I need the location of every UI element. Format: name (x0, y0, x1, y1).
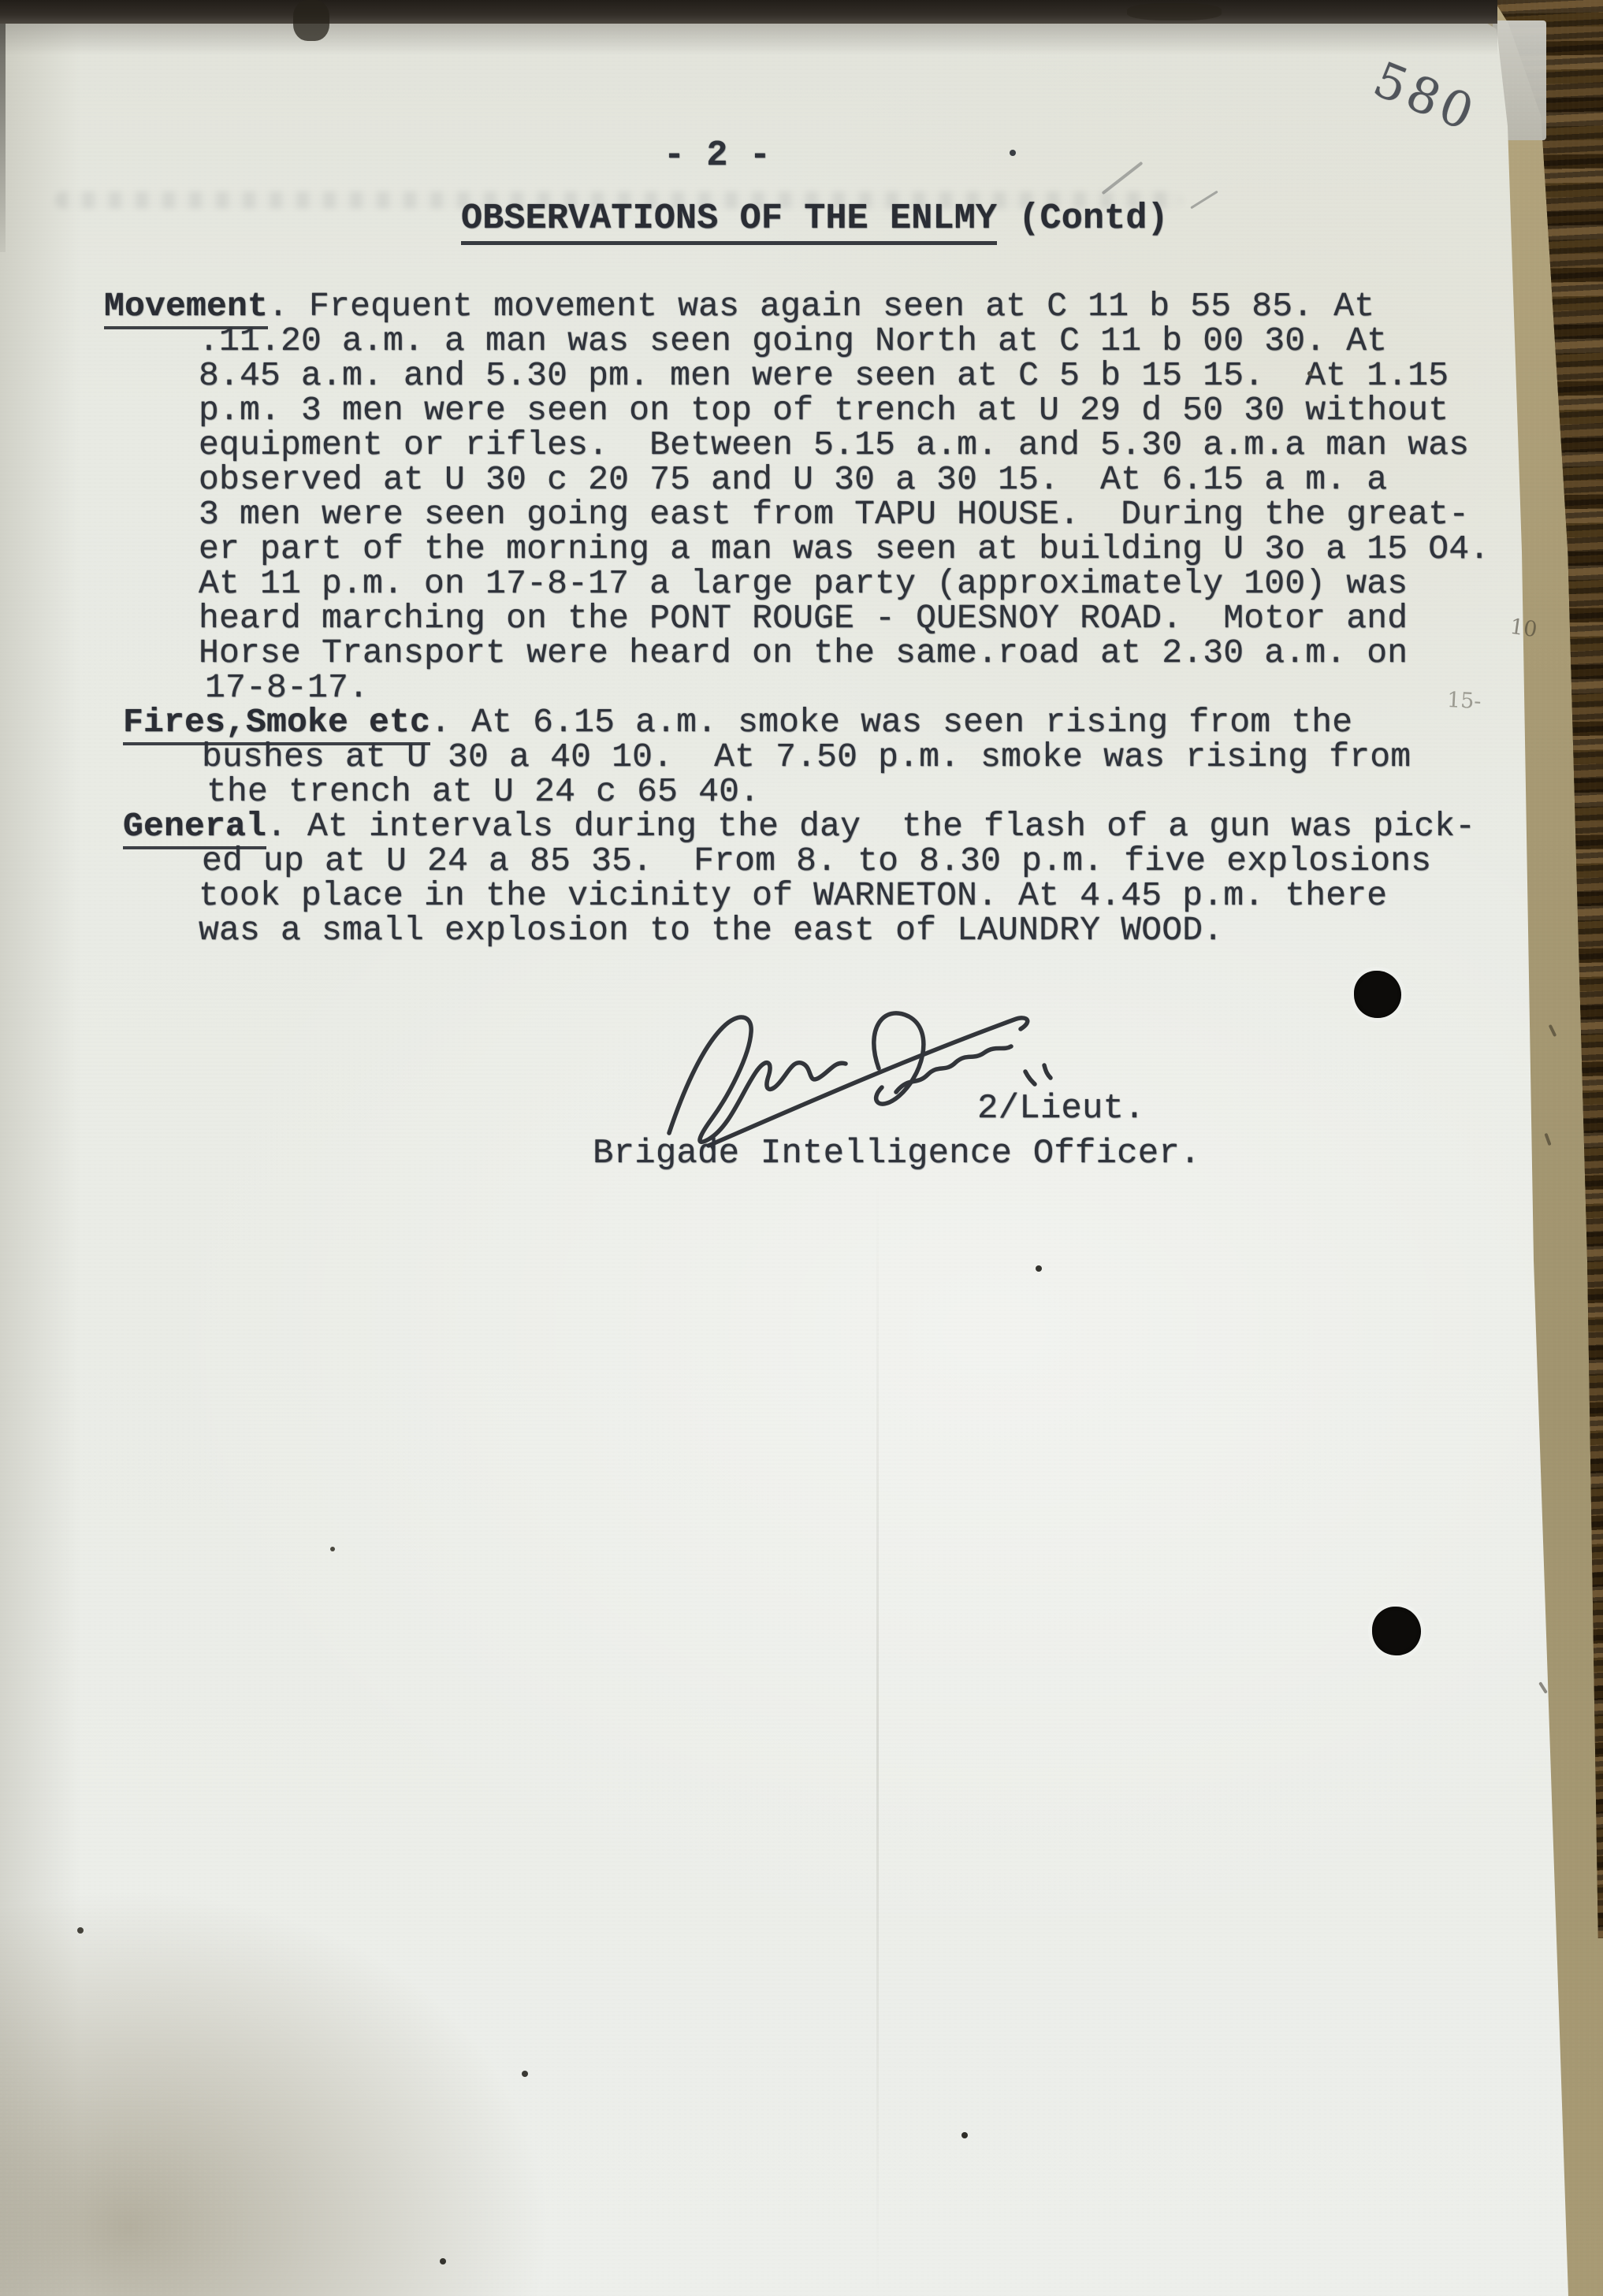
vertical-crease (876, 1182, 879, 2296)
typed-line: er part of the morning a man was seen at… (199, 532, 1490, 567)
typed-line: 8.45 a.m. and 5.30 pm. men were seen at … (199, 359, 1449, 393)
signature-rank: 2/Lieut. (977, 1091, 1145, 1126)
margin-mark-15: 15- (1446, 688, 1482, 714)
top-edge-smudge (1127, 3, 1222, 20)
punch-hole-bottom (1372, 1607, 1421, 1655)
signature-role: Brigade Intelligence Officer. (593, 1136, 1201, 1171)
typed-line: At 11 p.m. on 17-8-17 a large party (app… (199, 567, 1408, 601)
typed-line: General. At intervals during the day the… (123, 809, 1475, 844)
page-number: - 2 - (664, 139, 771, 173)
title-contd: (Contd) (997, 199, 1169, 239)
top-page-edge-shadow (0, 0, 1497, 24)
section-general-first-line: . At intervals during the day the flash … (266, 807, 1475, 845)
typed-line: 3 men were seen going east from TAPU HOU… (199, 497, 1469, 532)
typed-line: 17-8-17. (205, 671, 369, 705)
section-fires-first-line: . At 6.15 a.m. smoke was seen rising fro… (430, 703, 1352, 741)
left-page-edge-shadow (0, 24, 6, 252)
title-underlined-text: OBSERVATIONS OF THE ENLMY (461, 199, 997, 245)
document-title: OBSERVATIONS OF THE ENLMY (Contd) (461, 202, 1169, 236)
typed-line: observed at U 30 c 20 75 and U 30 a 30 1… (199, 463, 1387, 497)
typed-line: the trench at U 24 c 65 40. (206, 775, 760, 809)
top-edge-ink-blob (293, 0, 329, 41)
typed-line: heard marching on the PONT ROUGE - QUESN… (199, 601, 1408, 636)
section-movement-first-line: . Frequent movement was again seen at C … (268, 287, 1374, 325)
typed-line: equipment or rifles. Between 5.15 a.m. a… (199, 428, 1469, 463)
typed-line: took place in the vicinity of WARNETON. … (199, 879, 1387, 913)
typed-line: Horse Transport were heard on the same.r… (199, 636, 1408, 671)
typed-line: p.m. 3 men were seen on top of trench at… (199, 393, 1449, 428)
top-edge-fade (0, 24, 1497, 55)
typed-line: .11.20 a.m. a man was seen going North a… (199, 324, 1387, 359)
typed-line: was a small explosion to the east of LAU… (199, 913, 1223, 948)
typed-line: Movement. Frequent movement was again se… (104, 289, 1374, 324)
typed-line: bushes at U 30 a 40 10. At 7.50 p.m. smo… (202, 740, 1411, 775)
typed-line: Fires,Smoke etc. At 6.15 a.m. smoke was … (123, 705, 1352, 740)
typed-line: ed up at U 24 a 85 35. From 8. to 8.30 p… (202, 844, 1431, 879)
dust-specks (0, 0, 3, 3)
punch-hole-top (1354, 971, 1401, 1018)
scanned-document-page: 580 - 2 - OBSERVATIONS OF THE ENLMY (Con… (0, 0, 1603, 2296)
margin-mark-10: 10 (1508, 615, 1538, 642)
